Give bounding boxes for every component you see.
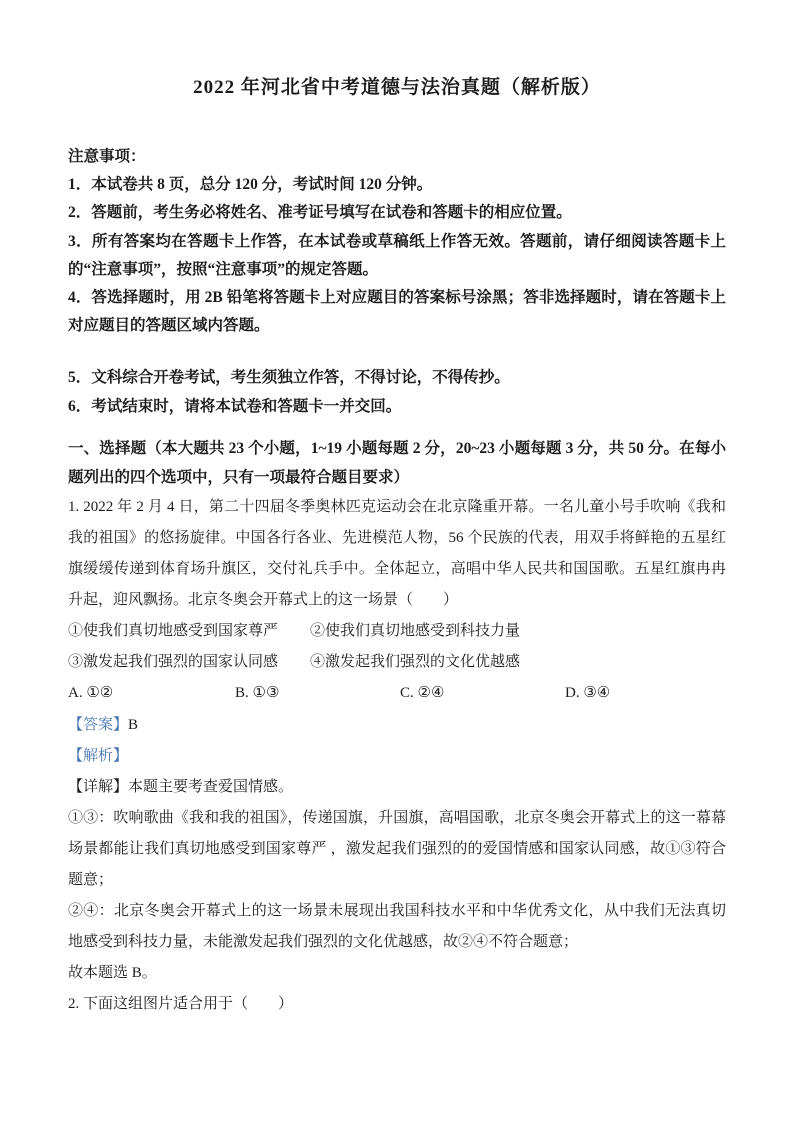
question-1-block: 1. 2022 年 2 月 4 日，第二十四届冬季奥林匹克运动会在北京隆重开幕。… [68, 492, 726, 1020]
answer-label: 【答案】 [68, 717, 128, 733]
notice-section: 注意事项： 1．本试卷共 8 页，总分 120 分，考试时间 120 分钟。 2… [68, 143, 726, 421]
statement-3: ③激发起我们强烈的国家认同感 [68, 647, 310, 678]
analysis-label: 【解析】 [68, 748, 128, 764]
option-d: D. ③④ [565, 678, 726, 709]
notice-item-1: 1．本试卷共 8 页，总分 120 分，考试时间 120 分钟。 [68, 171, 726, 199]
detail-paragraph-2: ②④：北京冬奥会开幕式上的这一场景未展现出我国科技水平和中华优秀文化，从中我们无… [68, 896, 726, 958]
detail-intro-line: 【详解】本题主要考查爱国情感。 [68, 772, 726, 803]
statement-4: ④激发起我们强烈的文化优越感 [310, 647, 520, 678]
conclusion-line: 故本题选 B。 [68, 958, 726, 989]
exam-paper-page: 2022 年河北省中考道德与法治真题（解析版） 注意事项： 1．本试卷共 8 页… [0, 0, 793, 1122]
answer-value: B [128, 717, 138, 733]
notice-heading: 注意事项： [68, 143, 726, 171]
question-1-options-row: A. ①② B. ①③ C. ②④ D. ③④ [68, 678, 726, 709]
answer-line: 【答案】B [68, 710, 726, 741]
analysis-line: 【解析】 [68, 741, 726, 772]
notice-item-2: 2．答题前，考生务必将姓名、准考证号填写在试卷和答题卡的相应位置。 [68, 199, 726, 227]
option-c: C. ②④ [400, 678, 565, 709]
detail-label: 【详解】 [68, 779, 128, 795]
detail-intro-text: 本题主要考查爱国情感。 [128, 779, 293, 795]
section-heading-choice-questions: 一、选择题（本大题共 23 个小题，1~19 小题每题 2 分，20~23 小题… [68, 435, 726, 492]
page-title: 2022 年河北省中考道德与法治真题（解析版） [68, 0, 726, 99]
option-a: A. ①② [68, 678, 235, 709]
detail-paragraph-1: ①③：吹响歌曲《我和我的祖国》，传递国旗，升国旗，高唱国歌，北京冬奥会开幕式上的… [68, 803, 726, 896]
notice-item-6: 6．考试结束时，请将本试卷和答题卡一并交回。 [68, 393, 726, 421]
statement-1: ①使我们真切地感受到国家尊严 [68, 616, 310, 647]
statement-2: ②使我们真切地感受到科技力量 [310, 616, 520, 647]
question-1-stem: 1. 2022 年 2 月 4 日，第二十四届冬季奥林匹克运动会在北京隆重开幕。… [68, 492, 726, 616]
notice-item-3: 3．所有答案均在答题卡上作答，在本试卷或草稿纸上作答无效。答题前，请仔细阅读答题… [68, 228, 726, 284]
question-1-statements-row-2: ③激发起我们强烈的国家认同感 ④激发起我们强烈的文化优越感 [68, 647, 726, 678]
option-b: B. ①③ [235, 678, 400, 709]
question-1-statements-row-1: ①使我们真切地感受到国家尊严 ②使我们真切地感受到科技力量 [68, 616, 726, 647]
question-2-stem: 2. 下面这组图片适合用于（ ） [68, 989, 726, 1020]
notice-item-4: 4．答选择题时，用 2B 铅笔将答题卡上对应题目的答案标号涂黑；答非选择题时，请… [68, 284, 726, 340]
notice-item-5: 5．文科综合开卷考试，考生须独立作答，不得讨论，不得传抄。 [68, 364, 726, 392]
